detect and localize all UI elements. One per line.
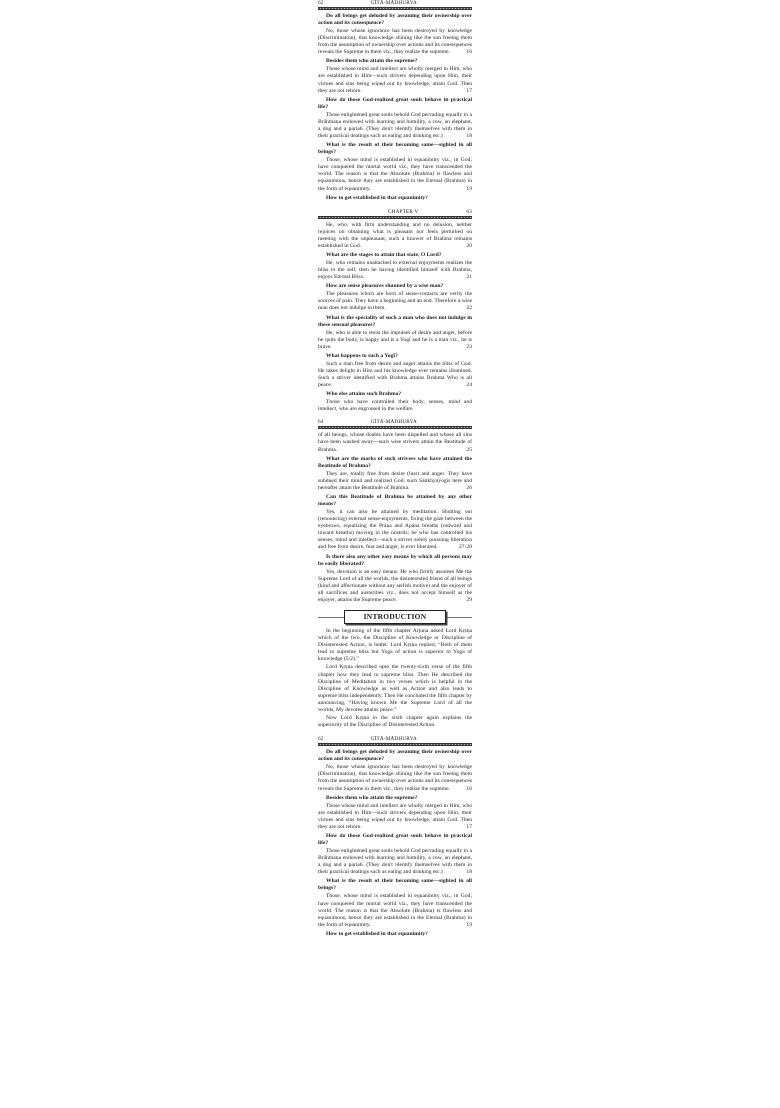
running-title: GĪTĀ-MĀDHURYA [324,419,464,425]
page-62-repeat: 62 GĪTĀ-MĀDHURYA Do all beings get delud… [318,736,472,938]
verse-number: 21 [466,274,472,281]
verse-number: 20 [466,243,472,250]
answer: Such a man free from desire and anger at… [318,361,472,389]
answer: No, those whose ignorance has been destr… [318,764,472,792]
question: Besides them who attain the supreme? [318,58,472,65]
verse-number: 16 [466,49,472,56]
question: What happens to such a Yogī? [318,353,472,360]
intro-paragraph: Now Lord Kṛṣṇa in the sixth chapter agai… [318,715,472,729]
intro-paragraph: Lord Kṛṣṇa described upto the twenty-six… [318,664,472,714]
verse-number: 16 [466,786,472,793]
page-62: 62 GĪTĀ-MĀDHURYA Do all beings get delud… [318,0,472,202]
answer: Those whose mind and intellect are wholl… [318,66,472,94]
question: Do all beings get deluded by assuming th… [318,749,472,763]
answer: Those, whose mind is established in equa… [318,157,472,192]
question: How are sense pleasures shunned by a wis… [318,283,472,290]
verse-number: 27-28 [459,544,472,551]
question: How do those God-realized great souls be… [318,97,472,111]
running-title: CHAPTER V [326,209,466,215]
introduction-heading-banner: INTRODUCTION [318,610,472,624]
verse-number: 19 [466,922,472,929]
introduction-heading: INTRODUCTION [344,610,446,624]
page-63: CHAPTER V 63 He, who, with firm understa… [318,209,472,414]
header-rule [318,426,472,429]
verse-number: 18 [466,869,472,876]
verse-number: 17 [466,824,472,831]
intro-paragraph: In the beginning of the fifth chapter Ar… [318,628,472,663]
running-header: 62 GĪTĀ-MĀDHURYA [318,0,472,6]
question: What are the marks of such strivers who … [318,456,472,470]
page-number: 63 [466,209,472,215]
verse-number: 23 [466,344,472,351]
verse-number: 24 [466,382,472,389]
answer: Those enlightened great souls behold God… [318,112,472,140]
answer: They are, totally free from desire (lust… [318,471,472,492]
answer: He, who remains unattached to external e… [318,260,472,281]
answer: Yes, devotion is an easy means. He who f… [318,569,472,604]
running-title: GĪTĀ-MĀDHURYA [324,0,464,6]
verse-number: 19 [466,186,472,193]
running-header: CHAPTER V 63 [318,209,472,215]
answer: Those enlightened great souls behold God… [318,848,472,876]
question: What are the stages to attain that state… [318,252,472,259]
question: What is the speciality of such a man who… [318,315,472,329]
running-title: GĪTĀ-MĀDHURYA [324,736,464,742]
question: Besides them who attain the supreme? [318,795,472,802]
verse-number: 22 [466,305,472,312]
running-header: 62 GĪTĀ-MĀDHURYA [318,736,472,742]
answer: Those, whose mind is established in equa… [318,893,472,928]
question: How to get established in that equanimit… [318,195,472,202]
question: What is the result of their becoming sam… [318,142,472,156]
question: Do all beings get deluded by assuming th… [318,13,472,27]
verse-number: 25 [466,447,472,454]
question: How do those God-realized great souls be… [318,833,472,847]
header-rule [318,743,472,746]
question: Who else attains such Brahma? [318,391,472,398]
question: How to get established in that equanimit… [318,931,472,938]
header-rule [318,7,472,10]
question: Is there also any other easy means by wh… [318,554,472,568]
verse-number: 18 [466,133,472,140]
question: Can this Beatitude of Brahma be attained… [318,494,472,508]
verse-number: 17 [466,88,472,95]
verse-number: 26 [466,485,472,492]
document-column: 62 GĪTĀ-MĀDHURYA Do all beings get delud… [318,0,472,939]
header-rule [318,216,472,219]
answer: Those whose mind and intellect are wholl… [318,803,472,831]
question: What is the result of their becoming sam… [318,878,472,892]
answer: The pleasures which are born of sense-co… [318,291,472,312]
answer: No, those whose ignorance has been destr… [318,28,472,56]
answer: Those who have controlled their body, se… [318,399,472,413]
verse-number: 29 [466,597,472,604]
running-header: 64 GĪTĀ-MĀDHURYA [318,419,472,425]
page-64: 64 GĪTĀ-MĀDHURYA of all beings, whose do… [318,419,472,729]
answer: He, who is able to resist the impulses o… [318,330,472,351]
answer: Yes, it can also be attained by meditati… [318,509,472,552]
answer: He, who, with firm understanding and no … [318,222,472,250]
answer: of all beings, whose doubts have been di… [318,432,472,453]
